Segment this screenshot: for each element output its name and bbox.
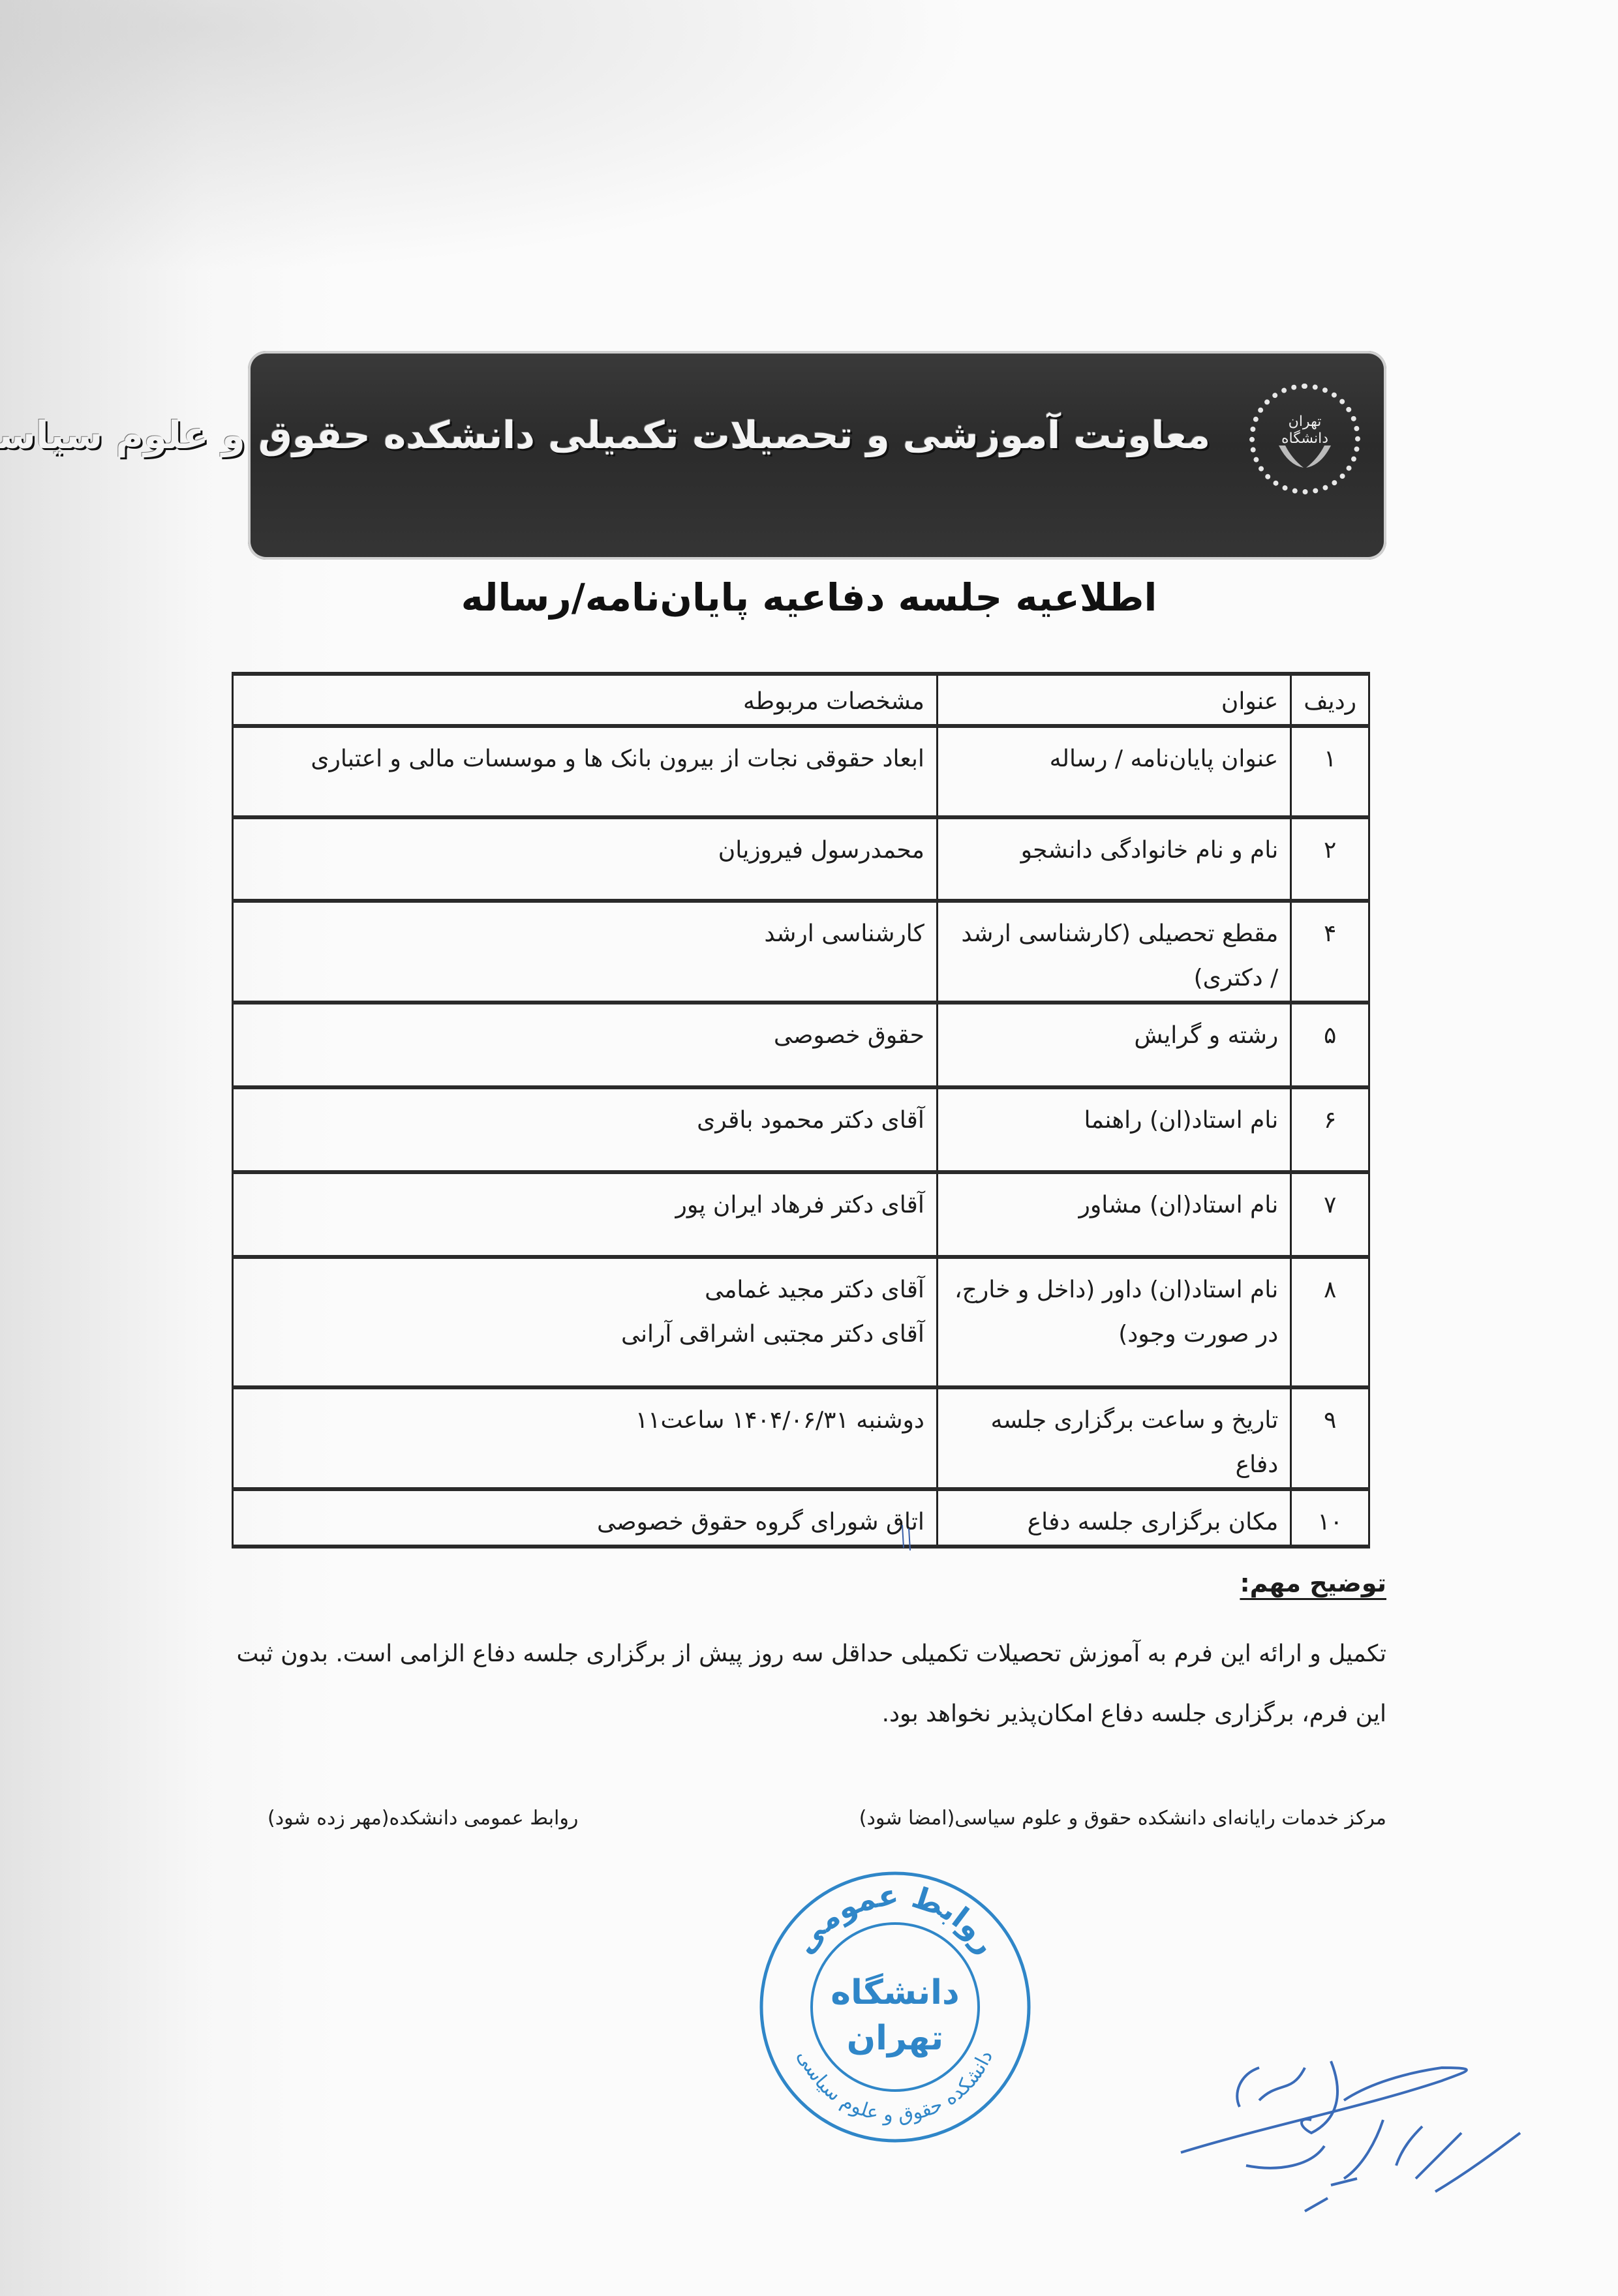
table-row: ۴ مقطع تحصیلی (کارشناسی ارشد / دکتری) کا… <box>233 901 1369 1003</box>
row-num: ۲ <box>1291 817 1369 901</box>
table-row: ۱ عنوان پایان‌نامه / رساله ابعاد حقوقی ن… <box>233 726 1369 817</box>
notes-heading: توضیح مهم: <box>1240 1569 1386 1597</box>
row-num: ۸ <box>1291 1257 1369 1387</box>
referee-2: آقای دکتر مجتبی اشراقی آرانی <box>245 1312 924 1357</box>
table-row: ۹ تاریخ و ساعت برگزاری جلسه دفاع دوشنبه … <box>233 1387 1369 1489</box>
row-value: ابعاد حقوقی نجات از بیرون بانک ها و موسس… <box>233 726 938 817</box>
row-num: ۱ <box>1291 726 1369 817</box>
handwritten-signature-icon <box>1168 2055 1572 2250</box>
row-value: حقوق خصوصی <box>233 1003 938 1087</box>
row-value: دوشنبه ۱۴۰۴/۰۶/۳۱ ساعت۱۱ <box>233 1387 938 1489</box>
header-banner: تهران دانشگاه معاونت آموزشی و تحصیلات تک… <box>248 351 1386 560</box>
table-row: ۲ نام و نام خانوادگی دانشجو محمدرسول فیر… <box>233 817 1369 901</box>
row-value: اتاق شورای گروه حقوق خصوصی <box>233 1489 938 1547</box>
table-row: ۶ نام استاد(ان) راهنما آقای دکتر محمود ب… <box>233 1087 1369 1172</box>
svg-text:دانشگاه: دانشگاه <box>1281 430 1328 447</box>
row-title: نام و نام خانوادگی دانشجو <box>937 817 1290 901</box>
handwritten-mark-icon <box>897 1522 917 1554</box>
public-relations-stamp-icon: روابط عمومی دانشکده حقوق و علوم سیاسی دا… <box>752 1860 1039 2147</box>
row-value: آقای دکتر مجید غمامی آقای دکتر مجتبی اشر… <box>233 1257 938 1387</box>
row-title: نام استاد(ان) داور (داخل و خارج، در صورت… <box>937 1257 1290 1387</box>
scan-shading-top <box>0 0 979 274</box>
header-num: ردیف <box>1291 674 1369 726</box>
row-title: رشته و گرایش <box>937 1003 1290 1087</box>
svg-text:تهران: تهران <box>1289 414 1322 430</box>
row-title: عنوان پایان‌نامه / رساله <box>937 726 1290 817</box>
stamp-label: روابط عمومی دانشکده(مهر زده شود) <box>267 1807 578 1830</box>
svg-text:تهران: تهران <box>847 2019 943 2058</box>
row-num: ۶ <box>1291 1087 1369 1172</box>
university-emblem-icon: تهران دانشگاه <box>1249 384 1360 494</box>
signature-label: مرکز خدمات رایانه‌ای دانشکده حقوق و علوم… <box>859 1807 1386 1830</box>
row-value: کارشناسی ارشد <box>233 901 938 1003</box>
row-title: نام استاد(ان) راهنما <box>937 1087 1290 1172</box>
svg-text:دانشگاه: دانشگاه <box>831 1972 959 2012</box>
header-title: عنوان <box>937 674 1290 726</box>
row-title: مکان برگزاری جلسه دفاع <box>937 1489 1290 1547</box>
row-num: ۷ <box>1291 1172 1369 1257</box>
table-row: ۵ رشته و گرایش حقوق خصوصی <box>233 1003 1369 1087</box>
defense-info-table: ردیف عنوان مشخصات مربوطه ۱ عنوان پایان‌ن… <box>232 672 1370 1548</box>
table-row: ۱۰ مکان برگزاری جلسه دفاع اتاق شورای گرو… <box>233 1489 1369 1547</box>
row-value: آقای دکتر محمود باقری <box>233 1087 938 1172</box>
svg-text:دانشکده حقوق و علوم سیاسی: دانشکده حقوق و علوم سیاسی <box>793 2047 998 2126</box>
row-value: محمدرسول فیروزیان <box>233 817 938 901</box>
table-header-row: ردیف عنوان مشخصات مربوطه <box>233 674 1369 726</box>
header-value: مشخصات مربوطه <box>233 674 938 726</box>
table-row: ۸ نام استاد(ان) داور (داخل و خارج، در صو… <box>233 1257 1369 1387</box>
document-title: اطلاعیه جلسه دفاعیه پایان‌نامه/رساله <box>0 575 1618 620</box>
banner-title: معاونت آموزشی و تحصیلات تکمیلی دانشکده ح… <box>0 413 1210 457</box>
svg-text:روابط عمومی: روابط عمومی <box>786 1877 1004 1960</box>
row-num: ۱۰ <box>1291 1489 1369 1547</box>
row-value: آقای دکتر فرهاد ایران پور <box>233 1172 938 1257</box>
row-num: ۹ <box>1291 1387 1369 1489</box>
row-num: ۴ <box>1291 901 1369 1003</box>
table-row: ۷ نام استاد(ان) مشاور آقای دکتر فرهاد ای… <box>233 1172 1369 1257</box>
referee-1: آقای دکتر مجید غمامی <box>245 1268 924 1312</box>
row-title: نام استاد(ان) مشاور <box>937 1172 1290 1257</box>
row-title: تاریخ و ساعت برگزاری جلسه دفاع <box>937 1387 1290 1489</box>
row-title: مقطع تحصیلی (کارشناسی ارشد / دکتری) <box>937 901 1290 1003</box>
notes-body: تکمیل و ارائه این فرم به آموزش تحصیلات ت… <box>225 1624 1386 1744</box>
row-num: ۵ <box>1291 1003 1369 1087</box>
student-name: محمدرسول فیروزیان <box>718 837 924 864</box>
